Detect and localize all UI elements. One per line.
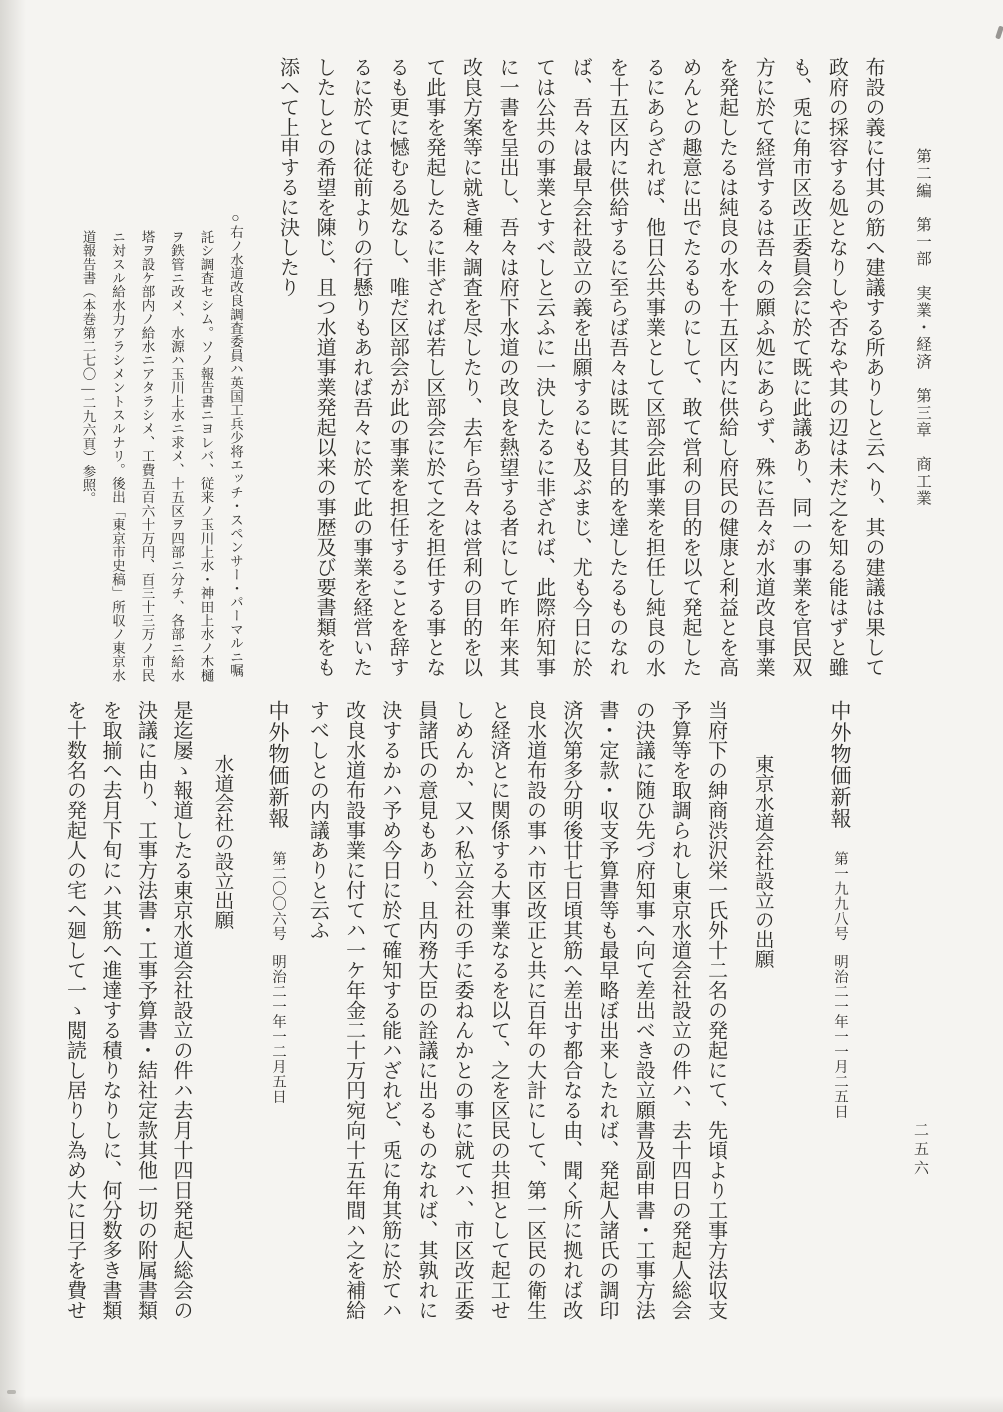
running-head: 第二編 第一部 実業・経済 第三章 商工業 bbox=[911, 148, 933, 507]
text-line: るも更に憾むる処なし、唯だ区部会が此の事業を担任することを辞す bbox=[379, 57, 416, 699]
article-line: の決議に随ひ先づ府知事へ向て差出べき設立願書及副申書・工事方法 bbox=[625, 700, 661, 1352]
annotation-note-block: ○右ノ水道改良調査委員ハ英国工兵少将エッチ・スペンサー・パーマルニ嘱 託シ調査セ… bbox=[73, 210, 250, 692]
text-line: て此事を発起したるに非ざれば若し区部会に於て之を担任する事とな bbox=[415, 57, 452, 699]
text-line: 添へて上申するに決したり bbox=[269, 57, 306, 699]
article-line: 書・定款・収支予算書等も最早略ぼ出来したれば、発起人諸氏の調印 bbox=[589, 700, 625, 1352]
text-line: ば、吾々は最早会社設立の義を出願するにも及ぶまじ、尤も今日に於 bbox=[562, 57, 599, 699]
article-title: 東京水道会社設立の出願 bbox=[744, 700, 780, 1352]
article-line: 済次第多分明後廿七日頃其筋へ差出す都合なる由、聞く所に拠れば改 bbox=[553, 700, 589, 1352]
note-line: ○右ノ水道改良調査委員ハ英国工兵少将エッチ・スペンサー・パーマルニ嘱 bbox=[221, 210, 251, 692]
article-line: すべしとの内議ありと云ふ bbox=[299, 700, 335, 1352]
text-line: ては公共の事業とすべしと云ふに一決したるに非ざれば、此際府知事 bbox=[525, 57, 562, 699]
text-line: を十五区内に供給するに至らば吾々は既に其目的を達したるものなれ bbox=[598, 57, 635, 699]
article-line: 改良水道布設事業に付てハ一ケ年金二十万円宛向十五年間ハ之を補給 bbox=[335, 700, 371, 1352]
main-text-block: 布設の義に付其の筋へ建議する所ありしと云へり、其の建議は果して 政府の採容する処… bbox=[269, 57, 891, 699]
article-line: 決議に由り、工事方法書・工事予算書・結社定款其他一切の附属書類 bbox=[127, 700, 163, 1352]
article-heading: 中外物価新報第二〇〇六号明治二一年一二月五日 bbox=[260, 700, 296, 1352]
issue-number: 第一九九八号 bbox=[822, 851, 858, 941]
article-line: しめんか、又ハ私立会社の手に委ねんかとの事に就てハ、市区改正委 bbox=[444, 700, 480, 1352]
article-line: を取揃へ去月下旬にハ其筋へ進達する積りなりしに、何分数多き書類 bbox=[92, 700, 128, 1352]
article-section-2: 中外物価新報第二〇〇六号明治二一年一二月五日 水道会社の設立出願 是迄屡ゝ報道し… bbox=[56, 700, 295, 1352]
article-line: 予算等を取調られし東京水道会社設立の件ハ、去十四日の発起人総会 bbox=[661, 700, 697, 1352]
text-line: 改良方案等に就き種々調査を尽したり、去乍ら吾々は営利の目的を以 bbox=[452, 57, 489, 699]
page-number: 二五六 bbox=[910, 1122, 931, 1179]
article-line: 員諸氏の意見もあり、且内務大臣の詮議に出るものなれば、其孰れに bbox=[408, 700, 444, 1352]
page-edge-shadow-left bbox=[0, 0, 26, 1412]
article-section-1: 中外物価新報第一九九八号明治二一年一一月二五日 東京水道会社設立の出願 当府下の… bbox=[299, 700, 858, 1352]
article-line: を十数名の発起人の宅へ廻して一ゝ閲読し居りし為め大に日子を費せ bbox=[56, 700, 92, 1352]
journal-name: 中外物価新報 bbox=[828, 700, 852, 829]
article-line: と経済とに関係する大事業なるを以て、之を区民の共担として起工せ bbox=[480, 700, 516, 1352]
text-line: も、兎に角市区改正委員会に於て既に此議あり、同一の事業を官民双 bbox=[781, 57, 818, 699]
journal-name: 中外物価新報 bbox=[266, 700, 290, 829]
note-line: 塔ヲ設ケ部内ノ給水ニアタラシメ、工費五百六十万円、百三十三万ノ市民 bbox=[132, 210, 162, 692]
text-line: に一書を呈出し、吾々は府下水道の改良を熱望する者にして昨年来其 bbox=[488, 57, 525, 699]
text-line: を発起したるは純良の水を十五区内に供給し府民の健康と利益とを高 bbox=[708, 57, 745, 699]
issue-number: 第二〇〇六号 bbox=[260, 851, 296, 941]
scanned-page: 第二編 第一部 実業・経済 第三章 商工業 二五六 布設の義に付其の筋へ建議する… bbox=[0, 0, 1003, 1412]
text-line: るにあらざれば、他日公共事業として区部会此事業を担任し純良の水 bbox=[635, 57, 672, 699]
scan-speck-bottom-left bbox=[7, 1390, 16, 1394]
article-heading: 中外物価新報第一九九八号明治二一年一一月二五日 bbox=[822, 700, 858, 1352]
text-line: 布設の義に付其の筋へ建議する所ありしと云へり、其の建議は果して bbox=[854, 57, 891, 699]
text-line: したしとの希望を陳じ、且つ水道事業発起以来の事歴及び要書類をも bbox=[306, 57, 343, 699]
issue-date: 明治二一年一二月五日 bbox=[260, 954, 296, 1104]
text-line: 方に於て経営するは吾々の願ふ処にあらず、殊に吾々が水道改良事業 bbox=[745, 57, 782, 699]
article-line: 決するかハ予め今日に於て確知する能ハざれど、兎に角其筋に於てハ bbox=[372, 700, 408, 1352]
text-line: 政府の採容する処となりしや否なや其の辺は未だ之を知る能はずと雖 bbox=[818, 57, 855, 699]
page-edge-shadow-bottom bbox=[0, 1396, 1003, 1412]
article-line: 良水道布設の事ハ市区改正と共に百年の大計にして、第一区民の衛生 bbox=[516, 700, 552, 1352]
note-line: ニ対スル給水力アラシメントスルナリ。後出「東京市史稿」所収ノ東京水 bbox=[103, 210, 133, 692]
scan-speck-top-right bbox=[995, 26, 1003, 40]
article-line: 是迄屡ゝ報道したる東京水道会社設立の件ハ去月十四日発起人総会の bbox=[163, 700, 199, 1352]
text-line: めんとの趣意に出でたるものにして、敢て営利の目的を以て発起した bbox=[671, 57, 708, 699]
note-line: 道報告書（本巻第二七〇—二九六頁）参照。 bbox=[73, 210, 103, 692]
text-line: るに於ては従前よりの行懸りもあれば吾々に於て此の事業を経営いた bbox=[342, 57, 379, 699]
article-title: 水道会社の設立出願 bbox=[204, 700, 240, 1352]
note-line: ヲ鉄管ニ改メ、水源ハ玉川上水ニ求メ、十五区ヲ四部ニ分チ、各部ニ給水 bbox=[162, 210, 192, 692]
issue-date: 明治二一年一一月二五日 bbox=[822, 954, 858, 1119]
note-line: 託シ調査セシム。ソノ報告書ニヨレバ、従来ノ玉川上水・神田上水ノ木樋 bbox=[191, 210, 221, 692]
article-line: 当府下の紳商渋沢栄一氏外十二名の発起にて、先頃より工事方法収支 bbox=[697, 700, 733, 1352]
